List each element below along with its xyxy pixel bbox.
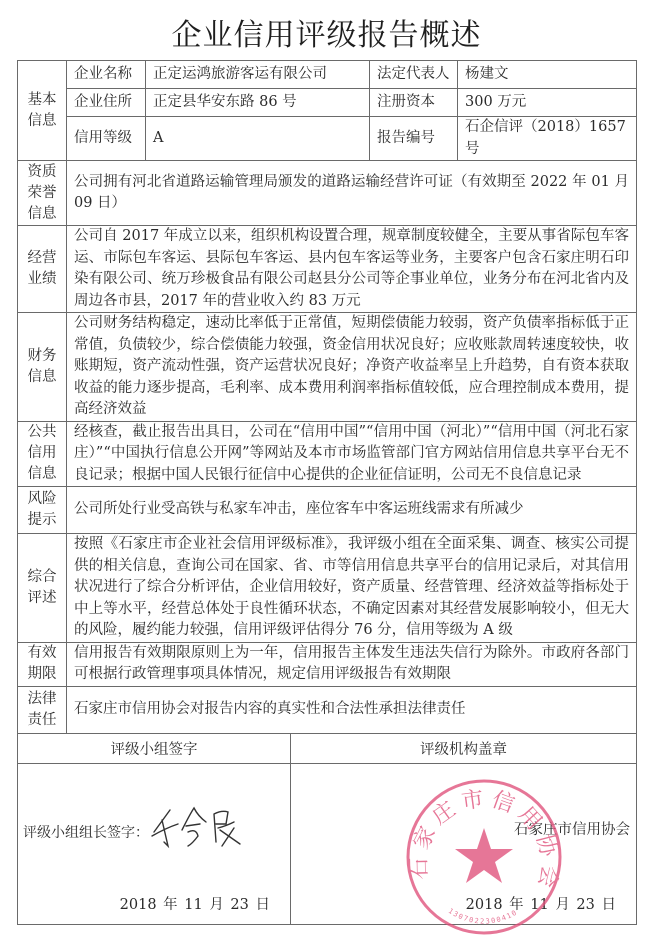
team-leader-signature-label: 评级小组组长签字：	[23, 822, 149, 842]
official-seal-icon: 石家庄市信用协会 1307022300410	[403, 776, 565, 938]
section-label-text: 有效期限	[27, 643, 57, 685]
section-label-text: 基本信息	[27, 90, 57, 132]
section-label-text: 综合评述	[27, 567, 57, 609]
basic-info-row: 企业住所 正定县华安东路 86 号 注册资本 300 万元	[18, 89, 637, 117]
field-value-report-number: 石企信评（2018）1657 号	[458, 117, 637, 161]
rating-team-signature-header: 评级小组签字	[18, 734, 291, 764]
signature-table: 评级小组签字 评级机构盖章 评级小组组长签字： 2018 年 11 月 23 日…	[17, 733, 637, 925]
section-text-qualification: 公司拥有河北省道路运输管理局颁发的道路运输经营许可证（有效期至 2022 年 0…	[67, 161, 637, 226]
section-text-public-credit: 经核查，截止报告出具日，公司在“信用中国”“信用中国（河北）”“信用中国（河北石…	[67, 421, 637, 487]
section-text-risk: 公司所处行业受高铁与私家车冲击，座位客车中客运班线需求有所减少	[67, 487, 637, 534]
field-label-registered-capital: 注册资本	[370, 89, 458, 117]
field-value-registered-capital: 300 万元	[458, 89, 637, 117]
field-label-company-name: 企业名称	[67, 61, 146, 89]
section-row-validity: 有效期限 信用报告有效期限原则上为一年，信用报告主体发生违法失信行为除外。市政府…	[18, 642, 637, 686]
section-label-business-performance: 经营业绩	[18, 226, 67, 313]
team-signature-date: 2018 年 11 月 23 日	[120, 893, 270, 914]
field-value-address: 正定县华安东路 86 号	[146, 89, 370, 117]
section-label-text: 法律责任	[27, 689, 57, 731]
section-label-legal: 法律责任	[18, 686, 67, 733]
section-text-summary: 按照《石家庄市企业社会信用评级标准》，我评级小组在全面采集、调查、核实公司提供的…	[67, 534, 637, 643]
section-label-basic-info: 基本信息	[18, 61, 67, 161]
section-label-qualification: 资质荣誉信息	[18, 161, 67, 226]
section-row-financial: 财务信息 公司财务结构稳定，速动比率低于正常值，短期偿债能力较弱，资产负债率指标…	[18, 313, 637, 422]
section-row-legal: 法律责任 石家庄市信用协会对报告内容的真实性和合法性承担法律责任	[18, 686, 637, 733]
section-label-text: 资质荣誉信息	[27, 162, 57, 225]
handwritten-signature-icon	[148, 802, 248, 852]
section-label-text: 风险提示	[27, 489, 57, 531]
section-label-text: 财务信息	[27, 346, 57, 388]
rating-agency-seal-cell: 石家庄市信用协会 石家庄市信用协会 1307022300410 2018	[291, 764, 637, 925]
section-row-qualification: 资质荣誉信息 公司拥有河北省道路运输管理局颁发的道路运输经营许可证（有效期至 2…	[18, 161, 637, 226]
section-row-business-performance: 经营业绩 公司自 2017 年成立以来，组织机构设置合理，规章制度较健全，主要从…	[18, 226, 637, 313]
field-label-address: 企业住所	[67, 89, 146, 117]
section-row-risk: 风险提示 公司所处行业受高铁与私家车冲击，座位客车中客运班线需求有所减少	[18, 487, 637, 534]
section-text-legal: 石家庄市信用协会对报告内容的真实性和合法性承担法律责任	[67, 686, 637, 733]
section-text-financial: 公司财务结构稳定，速动比率低于正常值，短期偿债能力较弱，资产负债率指标低于正常值…	[67, 313, 637, 422]
section-label-public-credit: 公共信用信息	[18, 421, 67, 487]
field-label-credit-grade: 信用等级	[67, 117, 146, 161]
section-label-text: 经营业绩	[27, 248, 57, 290]
field-value-legal-rep: 杨建文	[458, 61, 637, 89]
section-row-public-credit: 公共信用信息 经核查，截止报告出具日，公司在“信用中国”“信用中国（河北）”“信…	[18, 421, 637, 487]
section-row-summary: 综合评述 按照《石家庄市企业社会信用评级标准》，我评级小组在全面采集、调查、核实…	[18, 534, 637, 643]
basic-info-row: 信用等级 A 报告编号 石企信评（2018）1657 号	[18, 117, 637, 161]
svg-text:1307022300410: 1307022300410	[447, 907, 519, 926]
field-value-credit-grade: A	[146, 117, 370, 161]
section-label-risk: 风险提示	[18, 487, 67, 534]
field-value-company-name: 正定运鸿旅游客运有限公司	[146, 61, 370, 89]
rating-agency-seal-header: 评级机构盖章	[291, 734, 637, 764]
report-table: 基本信息 企业名称 正定运鸿旅游客运有限公司 法定代表人 杨建文 企业住所 正定…	[17, 60, 637, 734]
section-label-validity: 有效期限	[18, 642, 67, 686]
basic-info-row: 基本信息 企业名称 正定运鸿旅游客运有限公司 法定代表人 杨建文	[18, 61, 637, 89]
section-label-summary: 综合评述	[18, 534, 67, 643]
page-title: 企业信用评级报告概述	[0, 16, 653, 56]
section-label-text: 公共信用信息	[27, 422, 57, 485]
section-text-validity: 信用报告有效期限原则上为一年，信用报告主体发生违法失信行为除外。市政府各部门可根…	[67, 642, 637, 686]
section-label-financial: 财务信息	[18, 313, 67, 422]
rating-team-signature-cell: 评级小组组长签字： 2018 年 11 月 23 日	[18, 764, 291, 925]
field-label-report-number: 报告编号	[370, 117, 458, 161]
field-label-legal-rep: 法定代表人	[370, 61, 458, 89]
section-text-business-performance: 公司自 2017 年成立以来，组织机构设置合理，规章制度较健全，主要从事省际包车…	[67, 226, 637, 313]
